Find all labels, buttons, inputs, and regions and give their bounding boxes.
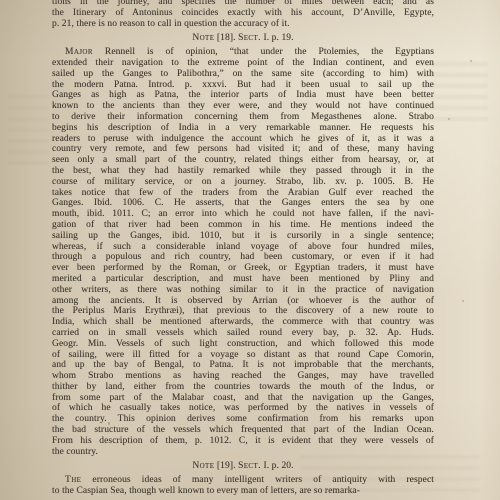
text-line: begins his description of India in a ver… bbox=[52, 123, 434, 134]
heading-text: Sect. bbox=[238, 33, 261, 43]
text-line: ever been performed by the Roman, or Gre… bbox=[52, 263, 434, 274]
text-line: of sailing, were ill fitted for a voyage… bbox=[52, 350, 434, 361]
text-line: the country. bbox=[52, 447, 434, 458]
paper-speck bbox=[462, 300, 464, 302]
text-line: India, which shall be mentioned afterwar… bbox=[52, 317, 434, 328]
text-line: the country. This opinion derives some c… bbox=[52, 414, 434, 425]
text-line: tions in the journey, and specifies the … bbox=[52, 0, 434, 8]
note-heading: Note [19]. Sect. I. p. 20. bbox=[52, 461, 434, 472]
text-line: carried on in small vessels which sailed… bbox=[52, 328, 434, 339]
text-line: Geogr. Min. Vessels of such light constr… bbox=[52, 339, 434, 350]
text-line: From his description of them, p. 1012. C… bbox=[52, 436, 434, 447]
heading-text: I. p. 19. bbox=[261, 33, 294, 43]
text-line: The erroneous ideas of many intelligent … bbox=[52, 475, 434, 486]
text-column: tions in the journey, and specifies the … bbox=[52, 0, 434, 497]
paragraph: The erroneous ideas of many intelligent … bbox=[52, 475, 434, 497]
text-line: sailing up the Ganges, ibid. 1010, but i… bbox=[52, 231, 434, 242]
lead-word: Major bbox=[65, 47, 93, 57]
text-line: and up the bay of Bengal, to Patna. It i… bbox=[52, 360, 434, 371]
text-line: p. 21, there is no reason to call in que… bbox=[52, 19, 434, 30]
show-through-text bbox=[8, 95, 48, 165]
heading-text: Note bbox=[192, 33, 214, 43]
text-line: Ganges as high as Patna, the interior pa… bbox=[52, 90, 434, 101]
text-line: merited a particular description, and mu… bbox=[52, 274, 434, 285]
text-line: the best, what they had hastily remarked… bbox=[52, 166, 434, 177]
text-line: to the Caspian Sea, though well known to… bbox=[52, 486, 434, 497]
text-line: takes notice that few of the traders fro… bbox=[52, 188, 434, 199]
heading-text: I. p. 20. bbox=[261, 461, 294, 471]
lead-word: The bbox=[65, 475, 81, 485]
paragraph: Major Rennell is of opinion, “that under… bbox=[52, 47, 434, 457]
text-line: Ganges. Ibid. 1006. C. He asserts, that … bbox=[52, 198, 434, 209]
text-line: known to the ancients than they ever wer… bbox=[52, 101, 434, 112]
text-line: the bad structure of the vessels which f… bbox=[52, 425, 434, 436]
text-line: the Periplus Maris Erythræi), that previ… bbox=[52, 306, 434, 317]
text-line: from some part of the Malabar coast, and… bbox=[52, 393, 434, 404]
text-line: thither by land, either from the countri… bbox=[52, 382, 434, 393]
text-line: Major Rennell is of opinion, “that under… bbox=[52, 47, 434, 58]
text-line: gation of that river had been common in … bbox=[52, 220, 434, 231]
note-heading: Note [18]. Sect. I. p. 19. bbox=[52, 33, 434, 44]
text-line: the modern Patna. Introd. p. xxxvi. But … bbox=[52, 80, 434, 91]
heading-text: [18]. bbox=[214, 33, 238, 43]
text-line: whom Strabo mentions as having reached t… bbox=[52, 371, 434, 382]
text-line: through a populous and rich country, had… bbox=[52, 252, 434, 263]
paper-speck bbox=[470, 60, 472, 62]
text-line: the Itinerary of Antoninus coincides exa… bbox=[52, 8, 434, 19]
text-line: sailed up the Ganges to Palibothra,” on … bbox=[52, 69, 434, 80]
text-line: mouth, ibid. 1011. C; an error into whic… bbox=[52, 209, 434, 220]
heading-text: Sect. bbox=[238, 461, 261, 471]
book-page: tions in the journey, and specifies the … bbox=[0, 0, 500, 500]
heading-text: [19]. bbox=[214, 461, 238, 471]
text-line: country very remote, and few persons had… bbox=[52, 144, 434, 155]
heading-text: Note bbox=[192, 461, 214, 471]
paper-speck bbox=[448, 118, 450, 120]
text-line: of which he casually takes notice, was p… bbox=[52, 403, 434, 414]
paragraph: tions in the journey, and specifies the … bbox=[52, 0, 434, 29]
text-line: readers to peruse with indulgence the ac… bbox=[52, 134, 434, 145]
text-line: among the ancients. It is observed by Ar… bbox=[52, 296, 434, 307]
text-line: seen only a small part of the country, r… bbox=[52, 155, 434, 166]
text-line: extended their navigation to the extreme… bbox=[52, 58, 434, 69]
text-line: other writers, as there was nothing simi… bbox=[52, 285, 434, 296]
text-line: to derive their information concerning t… bbox=[52, 112, 434, 123]
text-line: course of military service, or on a jour… bbox=[52, 177, 434, 188]
text-line: whereas, if such a considerable inland v… bbox=[52, 242, 434, 253]
